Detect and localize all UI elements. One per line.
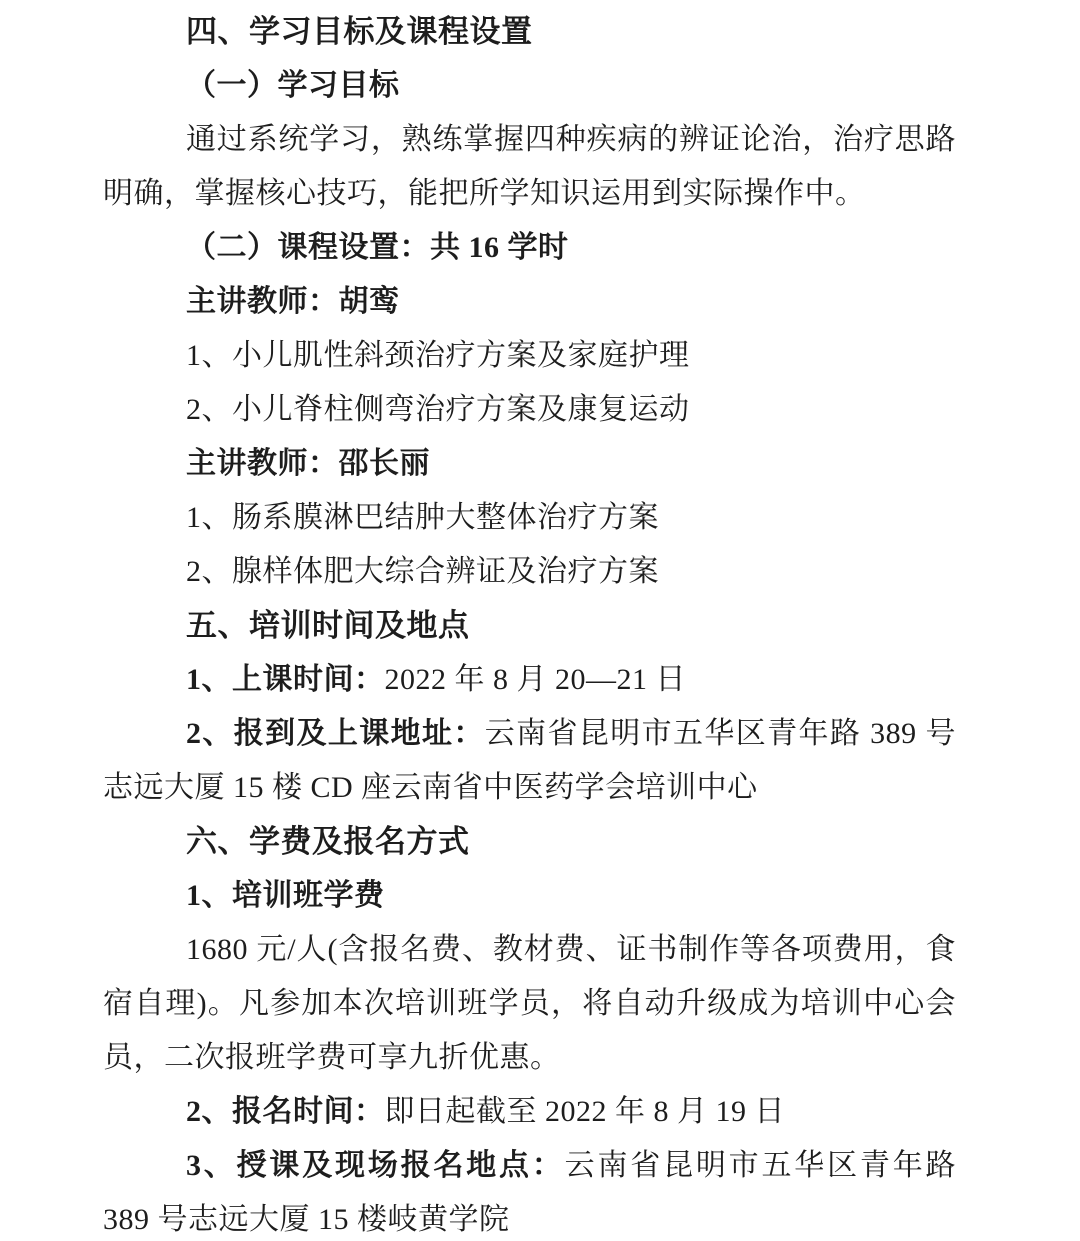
subheading-text: 主讲教师：胡鸾 (186, 285, 400, 318)
list-item-text: 2、小儿脊柱侧弯治疗方案及康复运动 (186, 393, 690, 426)
heading-section-five: 五、培训时间及地点 (103, 599, 956, 653)
paragraph-class-time: 1、上课时间：2022 年 8 月 20—21 日 (103, 653, 956, 707)
subheading-text: 1、培训班学费 (186, 879, 385, 912)
list-item-course-3: 1、肠系膜淋巴结肿大整体治疗方案 (103, 491, 956, 545)
list-item-course-1: 1、小儿肌性斜颈治疗方案及家庭护理 (103, 329, 956, 383)
paragraph-text: 通过系统学习，熟练掌握四种疾病的辨证论治，治疗思路明确，掌握核心技巧，能把所学知… (103, 123, 956, 210)
paragraph-label: 2、报名时间： (186, 1095, 385, 1128)
subheading-text: 主讲教师：邵长丽 (186, 447, 430, 480)
paragraph-text: 即日起截至 2022 年 8 月 19 日 (385, 1095, 786, 1128)
subheading-tuition: 1、培训班学费 (103, 869, 956, 923)
paragraph-label: 3、授课及现场报名地点： (186, 1149, 565, 1182)
heading-section-six: 六、学费及报名方式 (103, 815, 956, 869)
paragraph-learning-goals: 通过系统学习，熟练掌握四种疾病的辨证论治，治疗思路明确，掌握核心技巧，能把所学知… (103, 113, 956, 221)
paragraph-label: 1、上课时间： (186, 663, 385, 696)
list-item-text: 1、小儿肌性斜颈治疗方案及家庭护理 (186, 339, 690, 372)
paragraph-registration-address: 3、授课及现场报名地点：云南省昆明市五华区青年路 389 号志远大厦 15 楼岐… (103, 1139, 956, 1241)
subheading-teacher-shao-changli: 主讲教师：邵长丽 (103, 437, 956, 491)
paragraph-class-address: 2、报到及上课地址：云南省昆明市五华区青年路 389 号志远大厦 15 楼 CD… (103, 707, 956, 815)
paragraph-tuition-details: 1680 元/人(含报名费、教材费、证书制作等各项费用，食宿自理)。凡参加本次培… (103, 923, 956, 1085)
subheading-course-setup: （二）课程设置：共 16 学时 (103, 221, 956, 275)
subheading-learning-goals: （一）学习目标 (103, 59, 956, 113)
subheading-teacher-hu-luan: 主讲教师：胡鸾 (103, 275, 956, 329)
list-item-course-2: 2、小儿脊柱侧弯治疗方案及康复运动 (103, 383, 956, 437)
subheading-text: （一）学习目标 (186, 69, 400, 102)
paragraph-text: 1680 元/人(含报名费、教材费、证书制作等各项费用，食宿自理)。凡参加本次培… (103, 933, 956, 1074)
paragraph-label: 2、报到及上课地址： (186, 717, 485, 750)
heading-text: 五、培训时间及地点 (186, 608, 470, 643)
paragraph-text: 2022 年 8 月 20—21 日 (385, 663, 687, 696)
list-item-text: 1、肠系膜淋巴结肿大整体治疗方案 (186, 501, 659, 534)
paragraph-registration-deadline: 2、报名时间：即日起截至 2022 年 8 月 19 日 (103, 1085, 956, 1139)
list-item-course-4: 2、腺样体肥大综合辨证及治疗方案 (103, 545, 956, 599)
list-item-text: 2、腺样体肥大综合辨证及治疗方案 (186, 555, 659, 588)
heading-section-four: 四、学习目标及课程设置 (103, 5, 956, 59)
document-body: 四、学习目标及课程设置 （一）学习目标 通过系统学习，熟练掌握四种疾病的辨证论治… (103, 5, 956, 1241)
heading-text: 六、学费及报名方式 (186, 824, 470, 859)
heading-text: 四、学习目标及课程设置 (186, 14, 533, 49)
subheading-text: （二）课程设置：共 16 学时 (186, 231, 569, 264)
